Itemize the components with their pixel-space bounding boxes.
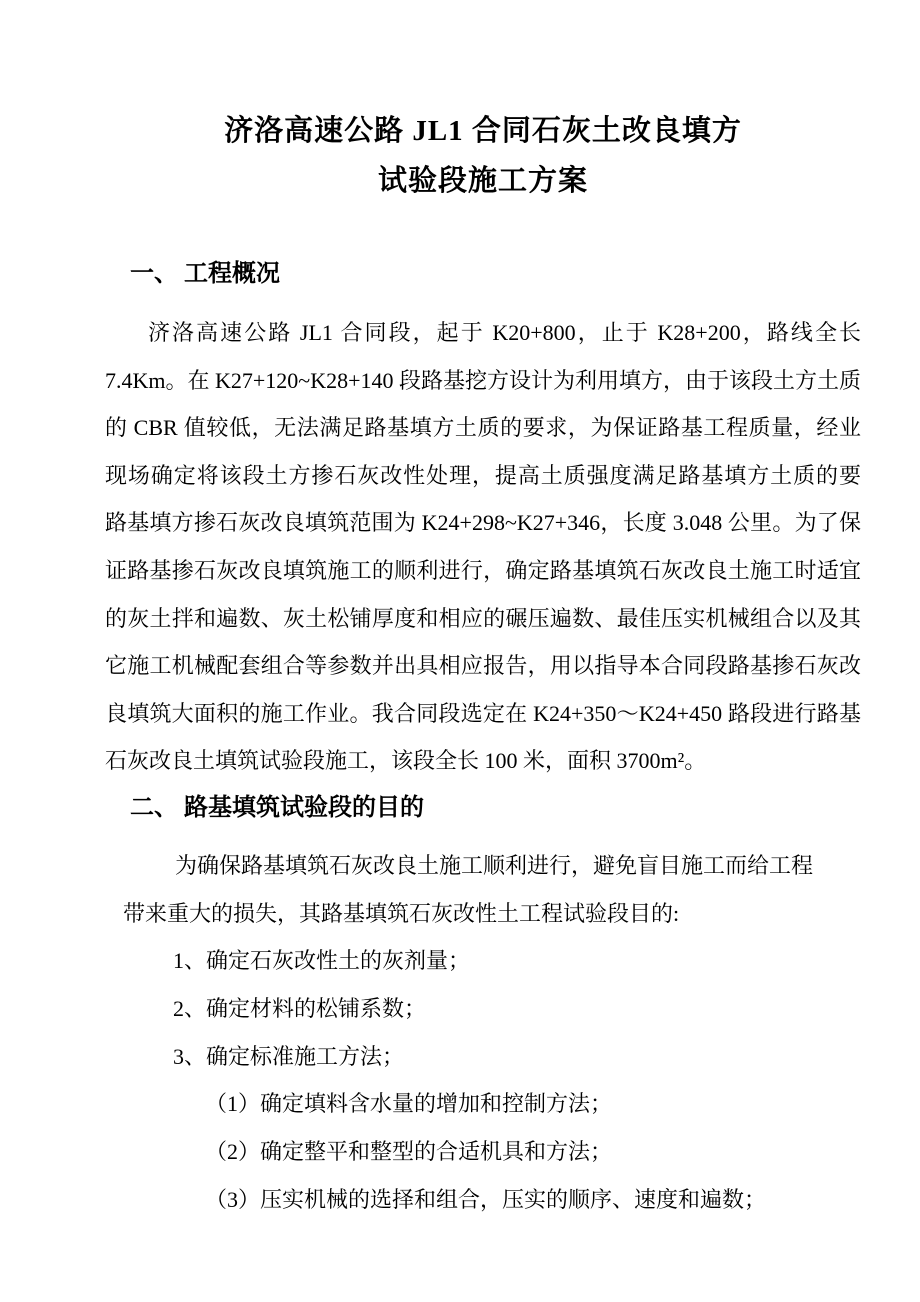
- section-heading-2: 二、 路基填筑试验段的目的: [130, 791, 424, 825]
- document-title: 济洛高速公路 JL1 合同石灰土改良填方 试验段施工方案: [105, 106, 861, 206]
- section-heading-1: 一、 工程概况: [130, 257, 280, 291]
- paragraph-line: 的灰土拌和遍数、灰土松铺厚度和相应的碾压遍数、最佳压实机械组合以及其: [105, 595, 861, 643]
- paragraph-line: 路基填方掺石灰改良填筑范围为 K24+298~K27+346，长度 3.048 …: [105, 499, 861, 547]
- paragraph-line: 为确保路基填筑石灰改良土施工顺利进行，避免盲目施工而给工程: [105, 842, 861, 890]
- sub-list-item: （1）确定填料含水量的增加和控制方法；: [105, 1080, 861, 1128]
- section-2-content: 为确保路基填筑石灰改良土施工顺利进行，避免盲目施工而给工程 带来重大的损失，其路…: [105, 842, 861, 1224]
- sub-list-item: （3）压实机械的选择和组合，压实的顺序、速度和遍数；: [105, 1176, 861, 1224]
- paragraph-line: 7.4Km。在 K27+120~K28+140 段路基挖方设计为利用填方，由于该…: [105, 357, 861, 405]
- section-1-paragraph: 济洛高速公路 JL1 合同段，起于 K20+800，止于 K28+200，路线全…: [105, 309, 861, 785]
- paragraph-line: 的 CBR 值较低，无法满足路基填方土质的要求，为保证路基工程质量，经业主: [105, 404, 861, 452]
- paragraph-line: 带来重大的损失，其路基填筑石灰改性土工程试验段目的:: [105, 890, 861, 938]
- numbered-list-item: 3、确定标准施工方法；: [105, 1033, 861, 1081]
- document-title-line-2: 试验段施工方案: [105, 156, 861, 206]
- document-title-line-1: 济洛高速公路 JL1 合同石灰土改良填方: [105, 106, 861, 156]
- paragraph-line: 证路基掺石灰改良填筑施工的顺利进行，确定路基填筑石灰改良土施工时适宜: [105, 547, 861, 595]
- paragraph-line: 现场确定将该段土方掺石灰改性处理，提高土质强度满足路基填方土质的要求。: [105, 452, 861, 500]
- document-page: 济洛高速公路 JL1 合同石灰土改良填方 试验段施工方案 一、 工程概况 济洛高…: [0, 0, 920, 1302]
- paragraph-line: 良填筑大面积的施工作业。我合同段选定在 K24+350～K24+450 路段进行…: [105, 690, 861, 738]
- paragraph-line: 它施工机械配套组合等参数并出具相应报告，用以指导本合同段路基掺石灰改: [105, 642, 861, 690]
- numbered-list-item: 1、确定石灰改性土的灰剂量；: [105, 937, 861, 985]
- paragraph-line: 济洛高速公路 JL1 合同段，起于 K20+800，止于 K28+200，路线全…: [105, 309, 861, 357]
- paragraph-line: 石灰改良土填筑试验段施工，该段全长 100 米，面积 3700m²。: [105, 737, 861, 785]
- numbered-list-item: 2、确定材料的松铺系数；: [105, 985, 861, 1033]
- sub-list-item: （2）确定整平和整型的合适机具和方法；: [105, 1128, 861, 1176]
